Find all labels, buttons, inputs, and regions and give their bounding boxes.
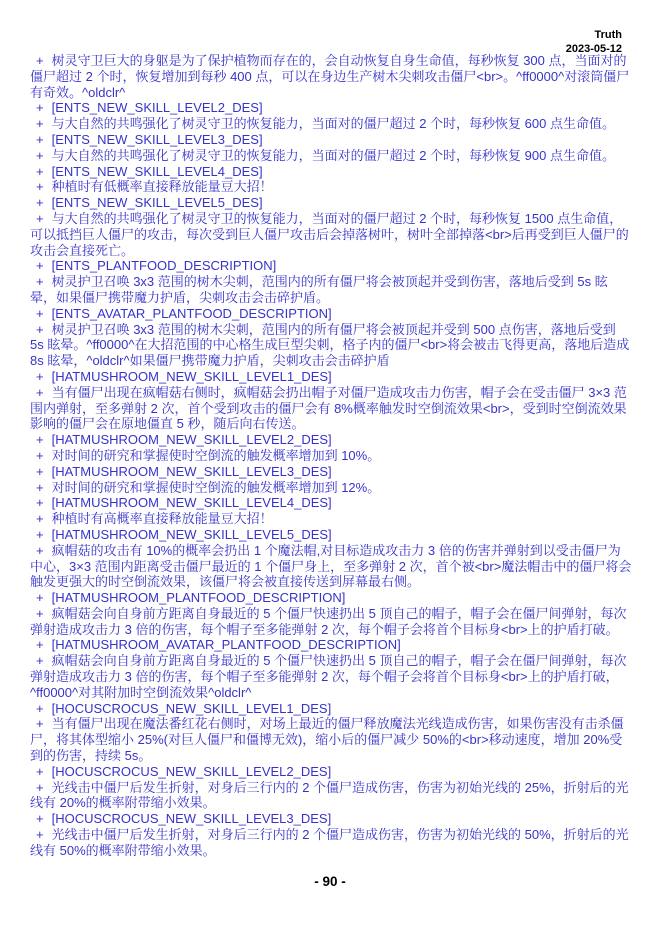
entry-text: 种植时有高概率直接释放能量豆大招！ (52, 511, 273, 526)
entry-text: 疯帽菇会向自身前方距离自身最近的 5 个僵尸快速扔出 5 顶自己的帽子，帽子会在… (30, 606, 627, 637)
document-header: Truth 2023-05-12 (566, 28, 622, 56)
entry: +[ENTS_NEW_SKILL_LEVEL5_DES] (30, 195, 632, 211)
entry-text: [ENTS_PLANTFOOD_DESCRIPTION] (52, 258, 277, 273)
plus-marker: + (36, 100, 44, 115)
document-page: Truth 2023-05-12 +树灵守卫巨大的身躯是为了保护植物而存在的，会… (0, 0, 660, 933)
entry: +种植时有低概率直接释放能量豆大招！ (30, 179, 632, 195)
entry: +疯帽菇会向自身前方距离自身最近的 5 个僵尸快速扔出 5 顶自己的帽子，帽子会… (30, 653, 632, 700)
plus-marker: + (36, 764, 44, 779)
plus-marker: + (36, 306, 44, 321)
plus-marker: + (36, 148, 44, 163)
entry: +[ENTS_NEW_SKILL_LEVEL2_DES] (30, 100, 632, 116)
plus-marker: + (36, 480, 44, 495)
entry-text: [ENTS_NEW_SKILL_LEVEL4_DES] (52, 164, 263, 179)
plus-marker: + (36, 179, 44, 194)
plus-marker: + (36, 464, 44, 479)
entry-text: 光线击中僵尸后发生折射，对身后三行内的 2 个僵尸造成伤害，伤害为初始光线的 2… (30, 780, 629, 811)
plus-marker: + (36, 211, 44, 226)
entry: +[HATMUSHROOM_NEW_SKILL_LEVEL1_DES] (30, 369, 632, 385)
plus-marker: + (36, 195, 44, 210)
entry-text: 与大自然的共鸣强化了树灵守卫的恢复能力，当面对的僵尸超过 2 个时，每秒恢复 6… (52, 116, 615, 131)
entry: +与大自然的共鸣强化了树灵守卫的恢复能力，当面对的僵尸超过 2 个时，每秒恢复 … (30, 116, 632, 132)
entry-text: [HATMUSHROOM_NEW_SKILL_LEVEL2_DES] (52, 432, 332, 447)
entry: +疯帽菇会向自身前方距离自身最近的 5 个僵尸快速扔出 5 顶自己的帽子，帽子会… (30, 606, 632, 638)
entry-text: [ENTS_NEW_SKILL_LEVEL5_DES] (52, 195, 263, 210)
entry-text: 树灵守卫巨大的身躯是为了保护植物而存在的，会自动恢复自身生命值，每秒恢复 300… (30, 53, 629, 100)
plus-marker: + (36, 511, 44, 526)
entry: +[HATMUSHROOM_NEW_SKILL_LEVEL3_DES] (30, 464, 632, 480)
plus-marker: + (36, 322, 44, 337)
entry: +[ENTS_AVATAR_PLANTFOOD_DESCRIPTION] (30, 306, 632, 322)
entry: +树灵护卫召唤 3x3 范围的树木尖刺，范围内的所有僵尸将会被顶起并受到伤害，落… (30, 274, 632, 306)
plus-marker: + (36, 258, 44, 273)
entry: +与大自然的共鸣强化了树灵守卫的恢复能力，当面对的僵尸超过 2 个时，每秒恢复 … (30, 148, 632, 164)
plus-marker: + (36, 827, 44, 842)
entry-text: [HATMUSHROOM_NEW_SKILL_LEVEL3_DES] (52, 464, 332, 479)
entry: +与大自然的共鸣强化了树灵守卫的恢复能力，当面对的僵尸超过 2 个时，每秒恢复 … (30, 211, 632, 258)
entry: +种植时有高概率直接释放能量豆大招！ (30, 511, 632, 527)
plus-marker: + (36, 274, 44, 289)
entry: +当有僵尸出现在疯帽菇右侧时，疯帽菇会扔出帽子对僵尸造成攻击力伤害，帽子会在受击… (30, 385, 632, 432)
entry-text: 与大自然的共鸣强化了树灵守卫的恢复能力，当面对的僵尸超过 2 个时，每秒恢复 1… (30, 211, 629, 258)
entry-text: [HOCUSCROCUS_NEW_SKILL_LEVEL3_DES] (52, 811, 332, 826)
plus-marker: + (36, 606, 44, 621)
plus-marker: + (36, 590, 44, 605)
entry-text: 疯帽菇的攻击有 10%的概率会扔出 1 个魔法帽,对目标造成攻击力 3 倍的伤害… (30, 543, 631, 590)
plus-marker: + (36, 716, 44, 731)
entry: +对时间的研究和掌握使时空倒流的触发概率增加到 12%。 (30, 480, 632, 496)
entry-text: [HATMUSHROOM_NEW_SKILL_LEVEL4_DES] (52, 495, 332, 510)
plus-marker: + (36, 780, 44, 795)
plus-marker: + (36, 116, 44, 131)
entry: +对时间的研究和掌握使时空倒流的触发概率增加到 10%。 (30, 448, 632, 464)
plus-marker: + (36, 811, 44, 826)
plus-marker: + (36, 543, 44, 558)
plus-marker: + (36, 701, 44, 716)
entry: +树灵守卫巨大的身躯是为了保护植物而存在的，会自动恢复自身生命值，每秒恢复 30… (30, 53, 632, 100)
plus-marker: + (36, 527, 44, 542)
entry: +树灵护卫召唤 3x3 范围的树木尖刺，范围内的所有僵尸将会被顶起并受到 500… (30, 322, 632, 369)
plus-marker: + (36, 448, 44, 463)
entry-text: [HATMUSHROOM_PLANTFOOD_DESCRIPTION] (52, 590, 346, 605)
plus-marker: + (36, 653, 44, 668)
plus-marker: + (36, 369, 44, 384)
entry-text: [ENTS_NEW_SKILL_LEVEL3_DES] (52, 132, 263, 147)
plus-marker: + (36, 53, 44, 68)
entry: +[HATMUSHROOM_NEW_SKILL_LEVEL5_DES] (30, 527, 632, 543)
entry-text: [HOCUSCROCUS_NEW_SKILL_LEVEL1_DES] (52, 701, 332, 716)
entry: +光线击中僵尸后发生折射，对身后三行内的 2 个僵尸造成伤害，伤害为初始光线的 … (30, 780, 632, 812)
entry-text: [HATMUSHROOM_NEW_SKILL_LEVEL5_DES] (52, 527, 332, 542)
entry: +[HATMUSHROOM_PLANTFOOD_DESCRIPTION] (30, 590, 632, 606)
entry: +光线击中僵尸后发生折射，对身后三行内的 2 个僵尸造成伤害，伤害为初始光线的 … (30, 827, 632, 859)
entry: +[HATMUSHROOM_AVATAR_PLANTFOOD_DESCRIPTI… (30, 637, 632, 653)
entry-text: [HOCUSCROCUS_NEW_SKILL_LEVEL2_DES] (52, 764, 332, 779)
plus-marker: + (36, 164, 44, 179)
entry-text: 对时间的研究和掌握使时空倒流的触发概率增加到 10%。 (52, 448, 381, 463)
entry-text: [HATMUSHROOM_NEW_SKILL_LEVEL1_DES] (52, 369, 332, 384)
entry-text: 当有僵尸出现在魔法番红花右侧时，对场上最近的僵尸释放魔法光线造成伤害，如果伤害没… (30, 716, 624, 763)
entry-text: 种植时有低概率直接释放能量豆大招！ (52, 179, 273, 194)
entry-text: 树灵护卫召唤 3x3 范围的树木尖刺，范围内的所有僵尸将会被顶起并受到伤害，落地… (30, 274, 608, 305)
entry-text: 疯帽菇会向自身前方距离自身最近的 5 个僵尸快速扔出 5 顶自己的帽子，帽子会在… (30, 653, 627, 700)
entry: +[HATMUSHROOM_NEW_SKILL_LEVEL4_DES] (30, 495, 632, 511)
plus-marker: + (36, 432, 44, 447)
entry: +[HATMUSHROOM_NEW_SKILL_LEVEL2_DES] (30, 432, 632, 448)
entry: +当有僵尸出现在魔法番红花右侧时，对场上最近的僵尸释放魔法光线造成伤害，如果伤害… (30, 716, 632, 763)
entry-text: 当有僵尸出现在疯帽菇右侧时，疯帽菇会扔出帽子对僵尸造成攻击力伤害，帽子会在受击僵… (30, 385, 627, 432)
plus-marker: + (36, 385, 44, 400)
entry-text: 树灵护卫召唤 3x3 范围的树木尖刺，范围内的所有僵尸将会被顶起并受到 500 … (30, 322, 629, 369)
plus-marker: + (36, 637, 44, 652)
header-title: Truth (566, 28, 622, 42)
entry: +[HOCUSCROCUS_NEW_SKILL_LEVEL3_DES] (30, 811, 632, 827)
entry-text: 对时间的研究和掌握使时空倒流的触发概率增加到 12%。 (52, 480, 381, 495)
entry: +[HOCUSCROCUS_NEW_SKILL_LEVEL1_DES] (30, 701, 632, 717)
entry: +[HOCUSCROCUS_NEW_SKILL_LEVEL2_DES] (30, 764, 632, 780)
entry-text: [ENTS_NEW_SKILL_LEVEL2_DES] (52, 100, 263, 115)
plus-marker: + (36, 132, 44, 147)
entry-text: [ENTS_AVATAR_PLANTFOOD_DESCRIPTION] (52, 306, 332, 321)
entry: +[ENTS_PLANTFOOD_DESCRIPTION] (30, 258, 632, 274)
entry-text: 与大自然的共鸣强化了树灵守卫的恢复能力，当面对的僵尸超过 2 个时，每秒恢复 9… (52, 148, 615, 163)
plus-marker: + (36, 495, 44, 510)
page-number: - 90 - (314, 874, 346, 889)
entry: +疯帽菇的攻击有 10%的概率会扔出 1 个魔法帽,对目标造成攻击力 3 倍的伤… (30, 543, 632, 590)
entry-text: 光线击中僵尸后发生折射，对身后三行内的 2 个僵尸造成伤害，伤害为初始光线的 5… (30, 827, 629, 858)
document-footer: - 90 - (0, 874, 660, 890)
entry: +[ENTS_NEW_SKILL_LEVEL3_DES] (30, 132, 632, 148)
entry: +[ENTS_NEW_SKILL_LEVEL4_DES] (30, 164, 632, 180)
document-body: +树灵守卫巨大的身躯是为了保护植物而存在的，会自动恢复自身生命值，每秒恢复 30… (30, 53, 632, 859)
entry-text: [HATMUSHROOM_AVATAR_PLANTFOOD_DESCRIPTIO… (52, 637, 401, 652)
